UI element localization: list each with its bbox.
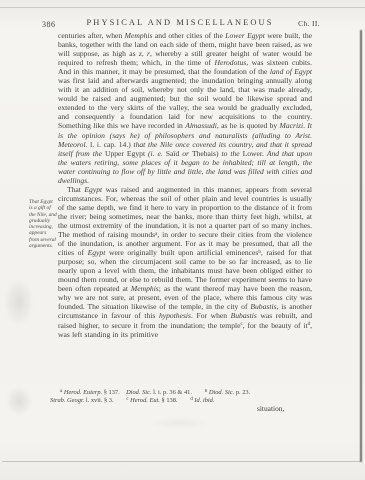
margin-note: That Egypt is a gift of the Nile, and gr… <box>29 199 57 249</box>
page-edge-top <box>0 7 365 8</box>
footnote-line-1: a Herod. Euterp. § 137. Diod. Sic. l. i.… <box>50 389 312 397</box>
catchword: situation, <box>257 404 284 413</box>
scanned-book-page: 386 PHYSICAL AND MISCELLANEOUS Ch. II. T… <box>0 0 365 480</box>
scan-shadow-right <box>360 30 362 462</box>
paragraph-2: That Egypt was raised and augmented in t… <box>58 185 312 339</box>
scan-artifact <box>4 278 34 326</box>
scan-artifact <box>6 386 32 416</box>
paragraph-1: centuries after, when Memphis and other … <box>58 31 312 185</box>
scan-artifact <box>150 418 210 428</box>
chapter-label: Ch. II. <box>298 19 320 28</box>
running-title: PHYSICAL AND MISCELLANEOUS <box>80 18 280 27</box>
body-text: centuries after, when Memphis and other … <box>58 31 312 339</box>
page-header: 386 PHYSICAL AND MISCELLANEOUS Ch. II. <box>42 18 318 29</box>
page-edge-bottom <box>2 461 360 462</box>
page-number: 386 <box>42 20 56 29</box>
